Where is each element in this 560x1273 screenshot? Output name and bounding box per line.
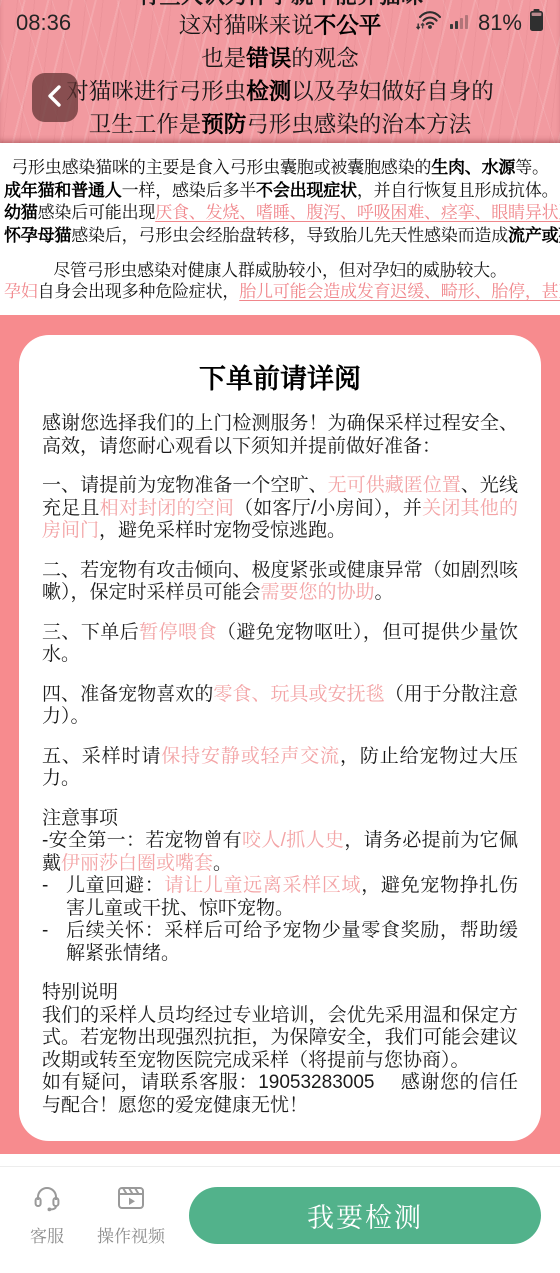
info-line: 成年猫和普通人一样，感染后多半不会出现症状，并自行恢复且形成抗体。 bbox=[4, 180, 556, 203]
bottom-gap bbox=[0, 1154, 560, 1166]
status-bar: 08:36 bbox=[0, 8, 560, 38]
notice-item-4: 四、准备宠物喜欢的零食、玩具或安抚毯（用于分散注意力）。 bbox=[42, 684, 518, 729]
signal-strength-icon bbox=[449, 9, 471, 37]
bullet-dash: - bbox=[42, 875, 66, 920]
card-title: 下单前请详阅 bbox=[42, 357, 518, 396]
info-line: 幼猫感染后可能出现厌食、发烧、嗜睡、腹泻、呼吸困难、痉挛、眼睛异状及黄疸。 bbox=[4, 202, 556, 225]
notice-band: 下单前请详阅 感谢您选择我们的上门检测服务！为确保采样过程安全、高效，请您耐心观… bbox=[0, 315, 560, 1154]
battery-percent: 81% bbox=[478, 10, 522, 36]
pre-order-notice-card: 下单前请详阅 感谢您选择我们的上门检测服务！为确保采样过程安全、高效，请您耐心观… bbox=[19, 335, 541, 1141]
bottom-action-bar: 客服 操作视频 我要检测 bbox=[0, 1166, 560, 1273]
header-line: 也是错误的观念 bbox=[0, 42, 560, 75]
note-safety: -安全第一：若宠物曾有咬人/抓人史，请务必提前为它佩戴伊丽莎白圈或嘴套。 bbox=[42, 830, 518, 875]
headset-icon bbox=[32, 1184, 62, 1217]
notice-item-5: 五、采样时请保持安静或轻声交流，防止给宠物过大压力。 bbox=[42, 746, 518, 791]
notice-item-3: 三、下单后暂停喂食（避免宠物呕吐），但可提供少量饮水。 bbox=[42, 622, 518, 667]
special-body: 我们的采样人员均经过专业培训，会优先采用温和保定方式。若宠物出现强烈抗拒，为保障… bbox=[42, 1005, 518, 1073]
tutorial-video-label: 操作视频 bbox=[97, 1222, 165, 1247]
cat-infection-paragraph: 弓形虫感染猫咪的主要是食入弓形虫囊胞或被囊胞感染的生肉、水源等。 成年猫和普通人… bbox=[4, 157, 556, 247]
wifi-icon bbox=[415, 8, 442, 38]
info-line: 弓形虫感染猫咪的主要是食入弓形虫囊胞或被囊胞感染的生肉、水源等。 bbox=[4, 157, 556, 180]
note-care: - 后续关怀：采样后可给予宠物少量零食奖励，帮助缓解紧张情绪。 bbox=[42, 920, 518, 965]
notice-item-2: 二、若宠物有攻击倾向、极度紧张或健康异常（如剧烈咳嗽），保定时采样员可能会需要您… bbox=[42, 560, 518, 605]
header-banner: 有些人认为怀孕就不能养猫咪 这对猫咪来说不公平 也是错误的观念 对猫咪进行弓形虫… bbox=[0, 0, 560, 143]
special-contact: 如有疑问，请联系客服：19053283005 感谢您的信任与配合！愿您的爱宠健康… bbox=[42, 1072, 518, 1117]
toxoplasma-info-section: 弓形虫感染猫咪的主要是食入弓形虫囊胞或被囊胞感染的生肉、水源等。 成年猫和普通人… bbox=[0, 143, 560, 315]
customer-service-button[interactable]: 客服 bbox=[19, 1184, 75, 1247]
battery-icon bbox=[529, 8, 544, 38]
header-line: 对猫咪进行弓形虫检测以及孕妇做好自身的 bbox=[0, 75, 560, 108]
bullet-dash: - bbox=[42, 920, 66, 965]
note-children: - 儿童回避：请让儿童远离采样区域，避免宠物挣扎伤害儿童或干扰、惊吓宠物。 bbox=[42, 875, 518, 920]
customer-service-label: 客服 bbox=[30, 1222, 64, 1247]
info-line: 怀孕母猫感染后，弓形虫会经胎盘转移，导致胎儿先天性感染而造成流产或死胎。 bbox=[4, 225, 556, 248]
pregnancy-risk-paragraph: 尽管弓形虫感染对健康人群威胁较小，但对孕妇的威胁较大。 孕妇自身会出现多种危险症… bbox=[4, 260, 556, 302]
tutorial-video-button[interactable]: 操作视频 bbox=[97, 1184, 165, 1247]
special-title: 特别说明 bbox=[42, 982, 518, 1005]
info-line: 尽管弓形虫感染对健康人群威胁较小，但对孕妇的威胁较大。 bbox=[4, 260, 556, 281]
notes-title: 注意事项 bbox=[42, 808, 518, 831]
status-time: 08:36 bbox=[16, 10, 71, 36]
greeting-paragraph: 感谢您选择我们的上门检测服务！为确保采样过程安全、高效，请您耐心观看以下须知并提… bbox=[42, 413, 518, 458]
start-test-button[interactable]: 我要检测 bbox=[189, 1187, 541, 1244]
notice-item-1: 一、请提前为宠物准备一个空旷、无可供藏匿位置、光线充足且相对封闭的空间（如客厅/… bbox=[42, 475, 518, 543]
chevron-left-icon bbox=[45, 84, 65, 111]
back-button[interactable] bbox=[32, 73, 78, 122]
info-line: 孕妇自身会出现多种危险症状，胎儿可能会造成发育迟缓、畸形、胎停，甚至流产。 bbox=[4, 281, 556, 302]
video-icon bbox=[116, 1184, 146, 1217]
header-line: 卫生工作是预防弓形虫感染的治本方法 bbox=[0, 108, 560, 141]
